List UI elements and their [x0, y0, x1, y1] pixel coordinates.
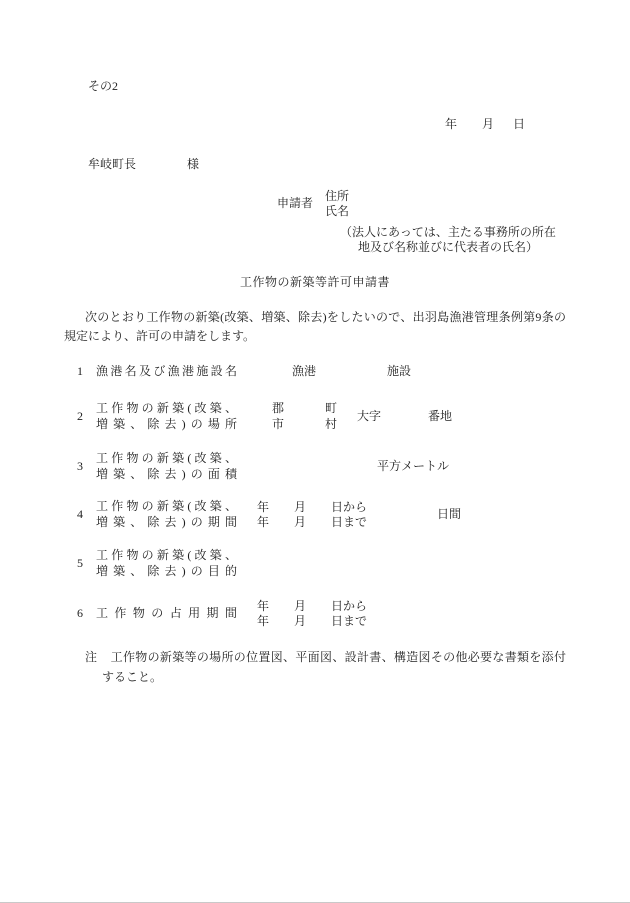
addressee-name: 牟岐町長	[88, 157, 136, 172]
item2-shi-label: 市	[272, 417, 284, 432]
item1-port-field-label: 漁港	[292, 364, 316, 379]
item3-label-line1: 工作物の新築(改築、	[96, 451, 237, 466]
item4-from-year-label: 年	[257, 500, 269, 515]
item1-number: 1	[74, 364, 86, 379]
date-year-label: 年	[445, 117, 457, 132]
item4-label-line1: 工作物の新築(改築、	[96, 499, 237, 514]
item3-number: 3	[74, 459, 86, 474]
item4-label-line2: 増築、除去)の期間	[96, 515, 237, 530]
footnote-text: 工作物の新築等の場所の位置図、平面図、設計書、構造図その他必要な書類を添付	[110, 650, 566, 664]
applicant-name-label: 氏名	[325, 204, 349, 219]
item4-to-year-label: 年	[257, 515, 269, 530]
item3-unit-label: 平方メートル	[377, 459, 449, 474]
item2-mura-label: 村	[325, 417, 337, 432]
item2-number: 2	[74, 409, 86, 424]
item1-facility-field-label: 施設	[387, 364, 411, 379]
intro-line1: 次のとおり工作物の新築(改築、増築、除去)をしたいので、出羽島漁港管理条例第9条…	[85, 310, 566, 325]
date-month-label: 月	[482, 117, 494, 132]
page-number-label: その2	[88, 79, 118, 94]
item4-to-day-label: 日まで	[331, 515, 367, 530]
item5-number: 5	[74, 556, 86, 571]
item2-label-line1: 工作物の新築(改築、	[96, 401, 237, 416]
application-form-page: その2 年 月 日 牟岐町長 様 申請者 住所 氏名 （法人にあっては、主たる事…	[0, 0, 630, 903]
item2-gun-label: 郡	[272, 401, 284, 416]
applicant-address-label: 住所	[325, 189, 349, 204]
form-title: 工作物の新築等許可申請書	[0, 275, 630, 290]
item4-from-day-label: 日から	[331, 500, 367, 515]
applicant-label: 申請者	[277, 196, 313, 211]
item4-from-month-label: 月	[294, 500, 306, 515]
item6-to-day-label: 日まで	[331, 614, 367, 629]
footnote-line1: 注工作物の新築等の場所の位置図、平面図、設計書、構造図その他必要な書類を添付	[85, 650, 566, 665]
item4-days-label: 日間	[437, 507, 461, 522]
item2-banchi-label: 番地	[428, 409, 452, 424]
corporate-note-line2: 地及び名称並びに代表者の氏名）	[358, 240, 538, 255]
footnote-line2: すること。	[102, 670, 162, 685]
item4-to-month-label: 月	[294, 515, 306, 530]
item5-label-line2: 増築、除去)の目的	[96, 564, 237, 579]
intro-line2: 規定により、許可の申請をします。	[64, 329, 255, 344]
item6-from-day-label: 日から	[331, 599, 367, 614]
footnote-marker: 注	[85, 650, 97, 664]
item6-from-month-label: 月	[294, 599, 306, 614]
corporate-note-line1: （法人にあっては、主たる事務所の所在	[340, 225, 556, 240]
item3-label-line2: 増築、除去)の面積	[96, 467, 237, 482]
item2-oaza-label: 大字	[357, 409, 381, 424]
date-day-label: 日	[513, 117, 525, 132]
item2-label-line2: 増築、除去)の場所	[96, 417, 237, 432]
item6-from-year-label: 年	[257, 599, 269, 614]
addressee-honorific: 様	[187, 157, 199, 172]
item6-to-year-label: 年	[257, 614, 269, 629]
item6-to-month-label: 月	[294, 614, 306, 629]
item5-label-line1: 工作物の新築(改築、	[96, 548, 237, 563]
item6-number: 6	[74, 606, 86, 621]
item4-number: 4	[74, 507, 86, 522]
item1-label: 漁港名及び漁港施設名	[96, 364, 237, 379]
item6-label: 工作物の占用期間	[96, 606, 237, 621]
item2-cho-label: 町	[325, 401, 337, 416]
